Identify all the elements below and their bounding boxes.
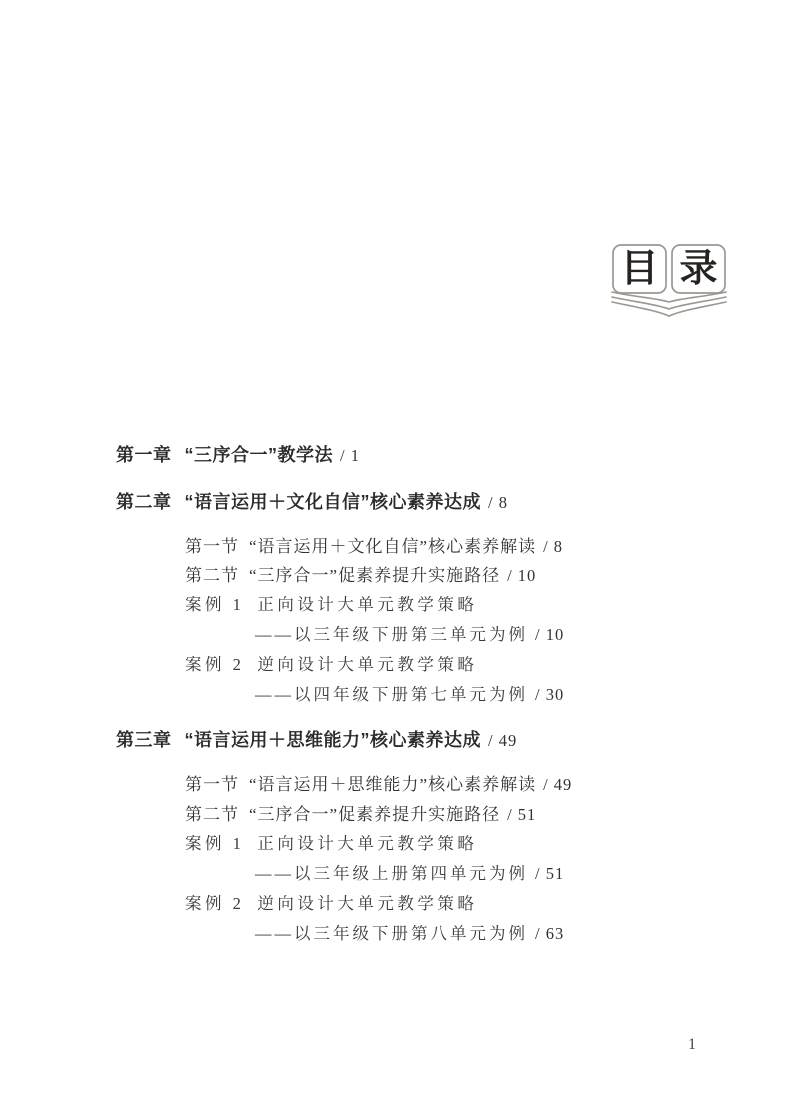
- entry-title: ——以四年级下册第七单元为例: [255, 685, 528, 704]
- entry-title: “语言运用＋思维能力”核心素养达成: [185, 730, 482, 750]
- toc-entry-case-subtitle: ——以三年级下册第三单元为例/ 10: [255, 626, 564, 645]
- entry-title: “语言运用＋思维能力”核心素养解读: [249, 775, 536, 794]
- toc-entry-section: 第一节“语言运用＋文化自信”核心素养解读/ 8: [185, 537, 563, 557]
- entry-page-number: / 30: [535, 686, 564, 705]
- entry-title: 逆向设计大单元教学策略: [257, 655, 477, 674]
- toc-entry-section: 第二节“三序合一”促素养提升实施路径/ 10: [185, 566, 536, 586]
- toc-entry-section: 第二节“三序合一”促素养提升实施路径/ 51: [185, 805, 536, 825]
- toc-entry-case: 案例 2逆向设计大单元教学策略: [185, 656, 484, 675]
- entry-page-number: / 63: [535, 925, 564, 944]
- toc-entry-chapter-2: 第二章“语言运用＋文化自信”核心素养达成/ 8: [116, 492, 508, 513]
- entry-title: ——以三年级上册第四单元为例: [255, 864, 528, 883]
- entry-title: 正向设计大单元教学策略: [257, 834, 477, 853]
- entry-label: 第二节: [185, 566, 239, 586]
- entry-label: 案例 1: [185, 596, 244, 615]
- toc-entry-case-subtitle: ——以三年级上册第四单元为例/ 51: [255, 865, 564, 884]
- entry-page-number: / 51: [507, 806, 536, 825]
- entry-label: 第二节: [185, 805, 239, 825]
- entry-label: 第一节: [185, 775, 239, 795]
- entry-title: “三序合一”教学法: [185, 445, 334, 465]
- table-of-contents: 第一章“三序合一”教学法/ 1 第二章“语言运用＋文化自信”核心素养达成/ 8 …: [0, 0, 799, 1118]
- toc-entry-case: 案例 2逆向设计大单元教学策略: [185, 895, 484, 914]
- entry-label: 第一章: [116, 445, 172, 466]
- folio-page-number: 1: [688, 1036, 696, 1054]
- entry-page-number: / 8: [488, 494, 508, 513]
- entry-title: ——以三年级下册第三单元为例: [255, 625, 528, 644]
- toc-entry-section: 第一节“语言运用＋思维能力”核心素养解读/ 49: [185, 775, 572, 795]
- entry-title: 逆向设计大单元教学策略: [257, 894, 477, 913]
- entry-label: 第二章: [116, 492, 172, 513]
- entry-page-number: / 1: [340, 447, 360, 466]
- entry-label: 案例 2: [185, 895, 244, 914]
- entry-title: “语言运用＋文化自信”核心素养解读: [249, 537, 536, 556]
- entry-title: “三序合一”促素养提升实施路径: [249, 566, 500, 585]
- toc-entry-case: 案例 1正向设计大单元教学策略: [185, 835, 484, 854]
- entry-title: 正向设计大单元教学策略: [257, 595, 477, 614]
- entry-page-number: / 49: [488, 732, 517, 751]
- toc-entry-chapter-1: 第一章“三序合一”教学法/ 1: [116, 445, 360, 466]
- entry-label: 第一节: [185, 537, 239, 557]
- entry-page-number: / 8: [543, 538, 563, 557]
- entry-page-number: / 51: [535, 865, 564, 884]
- entry-label: 案例 1: [185, 835, 244, 854]
- entry-title: “语言运用＋文化自信”核心素养达成: [185, 492, 482, 512]
- toc-entry-case-subtitle: ——以三年级下册第八单元为例/ 63: [255, 925, 564, 944]
- toc-entry-chapter-3: 第三章“语言运用＋思维能力”核心素养达成/ 49: [116, 730, 517, 751]
- entry-title: ——以三年级下册第八单元为例: [255, 924, 528, 943]
- toc-entry-case: 案例 1正向设计大单元教学策略: [185, 596, 484, 615]
- entry-label: 案例 2: [185, 656, 244, 675]
- entry-label: 第三章: [116, 730, 172, 751]
- toc-entry-case-subtitle: ——以四年级下册第七单元为例/ 30: [255, 686, 564, 705]
- entry-title: “三序合一”促素养提升实施路径: [249, 805, 500, 824]
- entry-page-number: / 10: [535, 626, 564, 645]
- entry-page-number: / 49: [543, 776, 572, 795]
- entry-page-number: / 10: [507, 567, 536, 586]
